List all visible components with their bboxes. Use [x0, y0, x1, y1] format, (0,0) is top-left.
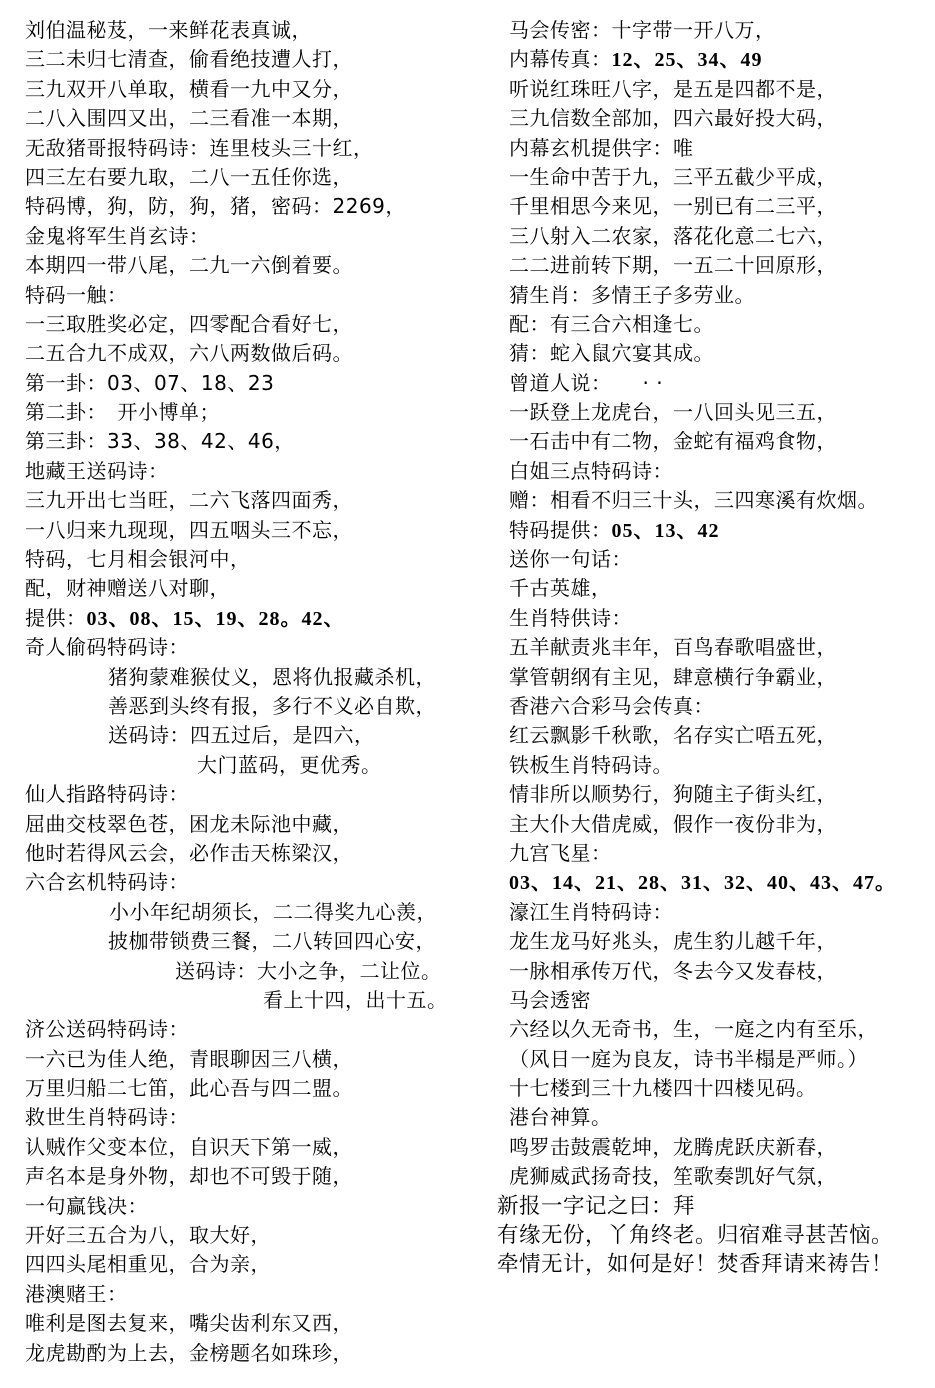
text-run: 第二卦： 开小博单；	[25, 400, 220, 424]
text-line: 听说红珠旺八字，是五是四都不是，	[509, 75, 935, 104]
text-run: 九宫飞星：	[509, 841, 612, 865]
text-line: 马会透密	[509, 986, 935, 1015]
text-run: 马会传密：十字带一开八万，	[509, 18, 776, 42]
text-line: 六经以久无奇书，生，一庭之内有至乐，	[509, 1015, 935, 1044]
text-run: 地藏王送码诗：	[25, 459, 169, 483]
text-run: 提供：	[25, 606, 87, 630]
text-line: 鸣罗击鼓震乾坤，龙腾虎跃庆新春，	[509, 1133, 935, 1162]
text-run: 十七楼到三十九楼四十四楼见码。	[509, 1076, 817, 1100]
text-line: 特码提供：05、13、42	[509, 516, 935, 545]
text-run: 濠江生肖特码诗：	[509, 900, 673, 924]
text-line: 龙生龙马好兆头，虎生豹儿越千年，	[509, 927, 935, 956]
number-run: 03、14、21、28、31、32、40、43、47。	[509, 872, 896, 894]
text-line: 千古英雄，	[509, 574, 935, 603]
text-run: 配：有三合六相逢七。	[509, 312, 714, 336]
text-run: 主大仆大借虎威，假作一夜份非为，	[509, 812, 837, 836]
text-run: 马会透密	[509, 988, 591, 1012]
text-run: 新报一字记之曰：拜	[497, 1194, 695, 1218]
text-line: 救世生肖特码诗：	[25, 1103, 495, 1132]
text-line: 千里相思今来见，一别已有二三平，	[509, 192, 935, 221]
text-line: 三九双开八单取，横看一九中又分，	[25, 75, 495, 104]
text-line: 金鬼将军生肖玄诗：	[25, 222, 495, 251]
text-line: 猪狗蒙难猴仗义，恩将仇报藏杀机，	[25, 663, 495, 692]
text-run: 第三卦：33、38、42、46，	[25, 429, 295, 453]
text-run: 开好三五合为八，取大好，	[25, 1223, 271, 1247]
text-run: 无敌猪哥报特码诗：连里枝头三十红，	[25, 136, 374, 160]
text-run: 他时若得风云会，必作击天栋梁汉，	[25, 841, 353, 865]
text-run: 屈曲交枝翠色苍，困龙未际池中藏，	[25, 812, 353, 836]
text-run: 赠：相看不归三十头，三四寒溪有炊烟。	[509, 488, 878, 512]
text-run: 善恶到头终有报，多行不义必自欺，	[108, 694, 436, 718]
text-line: 一跃登上龙虎台，一八回头见三五，	[509, 398, 935, 427]
text-line: 仙人指路特码诗：	[25, 780, 495, 809]
text-line: 一句赢钱决：	[25, 1192, 495, 1221]
left-column: 刘伯温秘芨，一来鲜花表真诚，三二未归七清查，偷看绝技遭人打，三九双开八单取，横看…	[25, 16, 495, 1368]
text-line: 屈曲交枝翠色苍，困龙未际池中藏，	[25, 810, 495, 839]
text-run: 二二进前转下期，一五二十回原形，	[509, 253, 837, 277]
text-line: 猜生肖：多情王子多劳业。	[509, 281, 935, 310]
document-page: 刘伯温秘芨，一来鲜花表真诚，三二未归七清查，偷看绝技遭人打，三九双开八单取，横看…	[0, 0, 935, 1388]
text-line: 一生命中苦于九，三平五截少平成，	[509, 163, 935, 192]
text-run: 四四头尾相重见，合为亲，	[25, 1252, 271, 1276]
text-line: 濠江生肖特码诗：	[509, 898, 935, 927]
text-run: 送你一句话：	[509, 547, 632, 571]
text-run: 认贼作父变本位，自识天下第一威，	[25, 1135, 353, 1159]
text-run: 千古英雄，	[509, 576, 612, 600]
text-line: 三九开出七当旺，二六飞落四面秀，	[25, 486, 495, 515]
text-run: 龙虎勘酌为上去，金榜题名如珠珍，	[25, 1341, 353, 1365]
text-run: 千里相思今来见，一别已有二三平，	[509, 194, 837, 218]
text-line: 声名本是身外物，却也不可毁于随，	[25, 1162, 495, 1191]
text-run: 披枷带锁费三餐，二八转回四心安，	[108, 929, 436, 953]
text-line: 牵情无计，如何是好！焚香拜请来祷告！	[497, 1250, 935, 1279]
text-line: 披枷带锁费三餐，二八转回四心安，	[25, 927, 495, 956]
text-line: 一六已为佳人绝，青眼聊因三八横，	[25, 1045, 495, 1074]
text-line: 小小年纪胡须长，二二得奖九心羡，	[25, 898, 495, 927]
text-line: 第三卦：33、38、42、46，	[25, 427, 495, 456]
text-run: 大门蓝码，更优秀。	[197, 753, 382, 777]
text-line: 二二进前转下期，一五二十回原形，	[509, 251, 935, 280]
text-line: 六合玄机特码诗：	[25, 868, 495, 897]
text-run: 港澳赌王：	[25, 1282, 128, 1306]
text-line: 新报一字记之曰：拜	[497, 1192, 935, 1221]
text-line: 香港六合彩马会传真：	[509, 692, 935, 721]
text-run: 奇人偷码特码诗：	[25, 635, 189, 659]
text-line: 十七楼到三十九楼四十四楼见码。	[509, 1074, 935, 1103]
text-run: 虎狮威武扬奇技，笙歌奏凯好气氛，	[509, 1164, 837, 1188]
text-run: 三九信数全部加，四六最好投大码，	[509, 106, 837, 130]
number-run: 03、08、15、19、28。42、	[87, 608, 345, 630]
text-run: 曾道人说： · ·	[509, 371, 663, 395]
text-line: 开好三五合为八，取大好，	[25, 1221, 495, 1250]
text-line: 内幕传真：12、25、34、49	[509, 45, 935, 74]
text-run: 六经以久无奇书，生，一庭之内有至乐，	[509, 1017, 878, 1041]
text-run: 白姐三点特码诗：	[509, 459, 673, 483]
text-line: 特码，七月相会银河中，	[25, 545, 495, 574]
text-line: 提供：03、08、15、19、28。42、	[25, 604, 495, 633]
text-line: 情非所以顺势行，狗随主子街头红，	[509, 780, 935, 809]
text-line: 曾道人说： · ·	[509, 369, 935, 398]
text-run: 一石击中有二物，金蛇有福鸡食物，	[509, 429, 837, 453]
text-line: 港台神算。	[509, 1103, 935, 1132]
text-line: 主大仆大借虎威，假作一夜份非为，	[509, 810, 935, 839]
text-run: 万里归船二七笛，此心吾与四二盟。	[25, 1076, 353, 1100]
text-line: 刘伯温秘芨，一来鲜花表真诚，	[25, 16, 495, 45]
text-line: 四三左右要九取，二八一五任你选，	[25, 163, 495, 192]
text-line: 本期四一带八尾，二九一六倒着要。	[25, 251, 495, 280]
text-line: 一八归来九现现，四五咽头三不忘，	[25, 516, 495, 545]
text-line: 猜：蛇入鼠穴宴其成。	[509, 339, 935, 368]
text-line: 内幕玄机提供字：唯	[509, 134, 935, 163]
text-line: 掌管朝纲有主见，肆意横行争霸业，	[509, 663, 935, 692]
text-run: 唯利是图去复来，嘴尖齿利东又西，	[25, 1311, 353, 1335]
text-line: 第二卦： 开小博单；	[25, 398, 495, 427]
text-run: 鸣罗击鼓震乾坤，龙腾虎跃庆新春，	[509, 1135, 837, 1159]
text-run: 情非所以顺势行，狗随主子街头红，	[509, 782, 837, 806]
text-run: 送码诗：四五过后，是四六，	[108, 723, 375, 747]
text-run: 声名本是身外物，却也不可毁于随，	[25, 1164, 353, 1188]
number-run: 05、13、42	[612, 520, 720, 542]
text-line: 一石击中有二物，金蛇有福鸡食物，	[509, 427, 935, 456]
text-run: 听说红珠旺八字，是五是四都不是，	[509, 77, 837, 101]
text-run: 救世生肖特码诗：	[25, 1105, 189, 1129]
text-line: 九宫飞星：	[509, 839, 935, 868]
text-line: 济公送码特码诗：	[25, 1015, 495, 1044]
text-line: 送码诗：四五过后，是四六，	[25, 721, 495, 750]
text-run: 特码一触：	[25, 283, 128, 307]
text-run: 四三左右要九取，二八一五任你选，	[25, 165, 353, 189]
text-run: 二八入围四又出，二三看准一本期，	[25, 106, 353, 130]
text-run: 掌管朝纲有主见，肆意横行争霸业，	[509, 665, 837, 689]
text-run: 小小年纪胡须长，二二得奖九心羡，	[109, 900, 437, 924]
text-run: 一生命中苦于九，三平五截少平成，	[509, 165, 837, 189]
text-run: 香港六合彩马会传真：	[509, 694, 714, 718]
text-line: 五羊献责兆丰年，百鸟春歌唱盛世，	[509, 633, 935, 662]
text-line: 港澳赌王：	[25, 1280, 495, 1309]
text-line: 无敌猪哥报特码诗：连里枝头三十红，	[25, 134, 495, 163]
right-column: 马会传密：十字带一开八万，内幕传真：12、25、34、49听说红珠旺八字，是五是…	[509, 16, 935, 1280]
text-line: 送你一句话：	[509, 545, 935, 574]
text-run: 第一卦：03、07、18、23	[25, 371, 274, 395]
text-run: 本期四一带八尾，二九一六倒着要。	[25, 253, 353, 277]
text-line: 特码一触：	[25, 281, 495, 310]
text-run: 看上十四，出十五。	[263, 988, 448, 1012]
text-run: 三二未归七清查，偷看绝技遭人打，	[25, 47, 353, 71]
text-run: 二五合九不成双，六八两数做后码。	[25, 341, 353, 365]
number-run: 12、25、34、49	[612, 49, 763, 71]
text-line: 一三取胜奖必定，四零配合看好七，	[25, 310, 495, 339]
text-line: 三八射入二农家，落花化意二七六，	[509, 222, 935, 251]
text-run: 一三取胜奖必定，四零配合看好七，	[25, 312, 353, 336]
text-run: 特码提供：	[509, 518, 612, 542]
text-line: 特码博，狗，防，狗，猪，密码：2269，	[25, 192, 495, 221]
text-line: 有缘无份，丫角终老。归宿难寻甚苦恼。	[497, 1221, 935, 1250]
text-line: 二八入围四又出，二三看准一本期，	[25, 104, 495, 133]
text-run: 猪狗蒙难猴仗义，恩将仇报藏杀机，	[108, 665, 436, 689]
text-run: 有缘无份，丫角终老。归宿难寻甚苦恼。	[497, 1223, 893, 1247]
text-line: 看上十四，出十五。	[25, 986, 495, 1015]
text-line: 唯利是图去复来，嘴尖齿利东又西，	[25, 1309, 495, 1338]
text-run: 猜：蛇入鼠穴宴其成。	[509, 341, 714, 365]
text-line: 他时若得风云会，必作击天栋梁汉，	[25, 839, 495, 868]
text-run: 生肖特供诗：	[509, 606, 632, 630]
text-line: 第一卦：03、07、18、23	[25, 369, 495, 398]
text-line: 配，财神赠送八对聊，	[25, 574, 495, 603]
text-line: 配：有三合六相逢七。	[509, 310, 935, 339]
text-line: 三九信数全部加，四六最好投大码，	[509, 104, 935, 133]
text-run: 龙生龙马好兆头，虎生豹儿越千年，	[509, 929, 837, 953]
text-line: 四四头尾相重见，合为亲，	[25, 1250, 495, 1279]
text-run: 红云飘影千秋歌，名存实亡唔五死，	[509, 723, 837, 747]
text-line: 马会传密：十字带一开八万，	[509, 16, 935, 45]
text-run: 一句赢钱决：	[25, 1194, 148, 1218]
text-line: 万里归船二七笛，此心吾与四二盟。	[25, 1074, 495, 1103]
text-run: 特码博，狗，防，狗，猪，密码：2269，	[25, 194, 406, 218]
text-run: 六合玄机特码诗：	[25, 870, 189, 894]
text-run: 猜生肖：多情王子多劳业。	[509, 283, 755, 307]
text-run: 铁板生肖特码诗。	[509, 753, 673, 777]
text-line: 龙虎勘酌为上去，金榜题名如珠珍，	[25, 1339, 495, 1368]
text-run: 金鬼将军生肖玄诗：	[25, 224, 210, 248]
text-run: 三八射入二农家，落花化意二七六，	[509, 224, 837, 248]
text-line: 二五合九不成双，六八两数做后码。	[25, 339, 495, 368]
text-line: （风日一庭为良友，诗书半榻是严师。）	[509, 1045, 935, 1074]
text-run: 仙人指路特码诗：	[25, 782, 189, 806]
text-line: 生肖特供诗：	[509, 604, 935, 633]
text-line: 赠：相看不归三十头，三四寒溪有炊烟。	[509, 486, 935, 515]
text-line: 奇人偷码特码诗：	[25, 633, 495, 662]
text-run: 三九开出七当旺，二六飞落四面秀，	[25, 488, 353, 512]
text-run: 港台神算。	[509, 1105, 612, 1129]
text-run: 特码，七月相会银河中，	[25, 547, 251, 571]
text-run: 一六已为佳人绝，青眼聊因三八横，	[25, 1047, 353, 1071]
text-run: （风日一庭为良友，诗书半榻是严师。）	[509, 1047, 868, 1071]
text-line: 地藏王送码诗：	[25, 457, 495, 486]
text-line: 三二未归七清查，偷看绝技遭人打，	[25, 45, 495, 74]
text-run: 一脉相承传万代，冬去今又发春枝，	[509, 959, 837, 983]
text-line: 铁板生肖特码诗。	[509, 751, 935, 780]
text-line: 送码诗：大小之争，二让位。	[25, 957, 495, 986]
text-run: 一跃登上龙虎台，一八回头见三五，	[509, 400, 837, 424]
text-line: 03、14、21、28、31、32、40、43、47。	[509, 868, 935, 897]
text-line: 白姐三点特码诗：	[509, 457, 935, 486]
text-run: 三九双开八单取，横看一九中又分，	[25, 77, 353, 101]
text-line: 善恶到头终有报，多行不义必自欺，	[25, 692, 495, 721]
text-run: 配，财神赠送八对聊，	[25, 576, 230, 600]
text-run: 五羊献责兆丰年，百鸟春歌唱盛世，	[509, 635, 837, 659]
text-line: 大门蓝码，更优秀。	[25, 751, 495, 780]
text-line: 一脉相承传万代，冬去今又发春枝，	[509, 957, 935, 986]
text-run: 内幕玄机提供字：唯	[509, 136, 694, 160]
text-run: 内幕传真：	[509, 47, 612, 71]
text-run: 济公送码特码诗：	[25, 1017, 189, 1041]
text-run: 送码诗：大小之争，二让位。	[175, 959, 442, 983]
text-line: 认贼作父变本位，自识天下第一威，	[25, 1133, 495, 1162]
text-line: 红云飘影千秋歌，名存实亡唔五死，	[509, 721, 935, 750]
text-run: 牵情无计，如何是好！焚香拜请来祷告！	[497, 1252, 893, 1276]
text-run: 刘伯温秘芨，一来鲜花表真诚，	[25, 18, 312, 42]
text-run: 一八归来九现现，四五咽头三不忘，	[25, 518, 353, 542]
text-line: 虎狮威武扬奇技，笙歌奏凯好气氛，	[509, 1162, 935, 1191]
